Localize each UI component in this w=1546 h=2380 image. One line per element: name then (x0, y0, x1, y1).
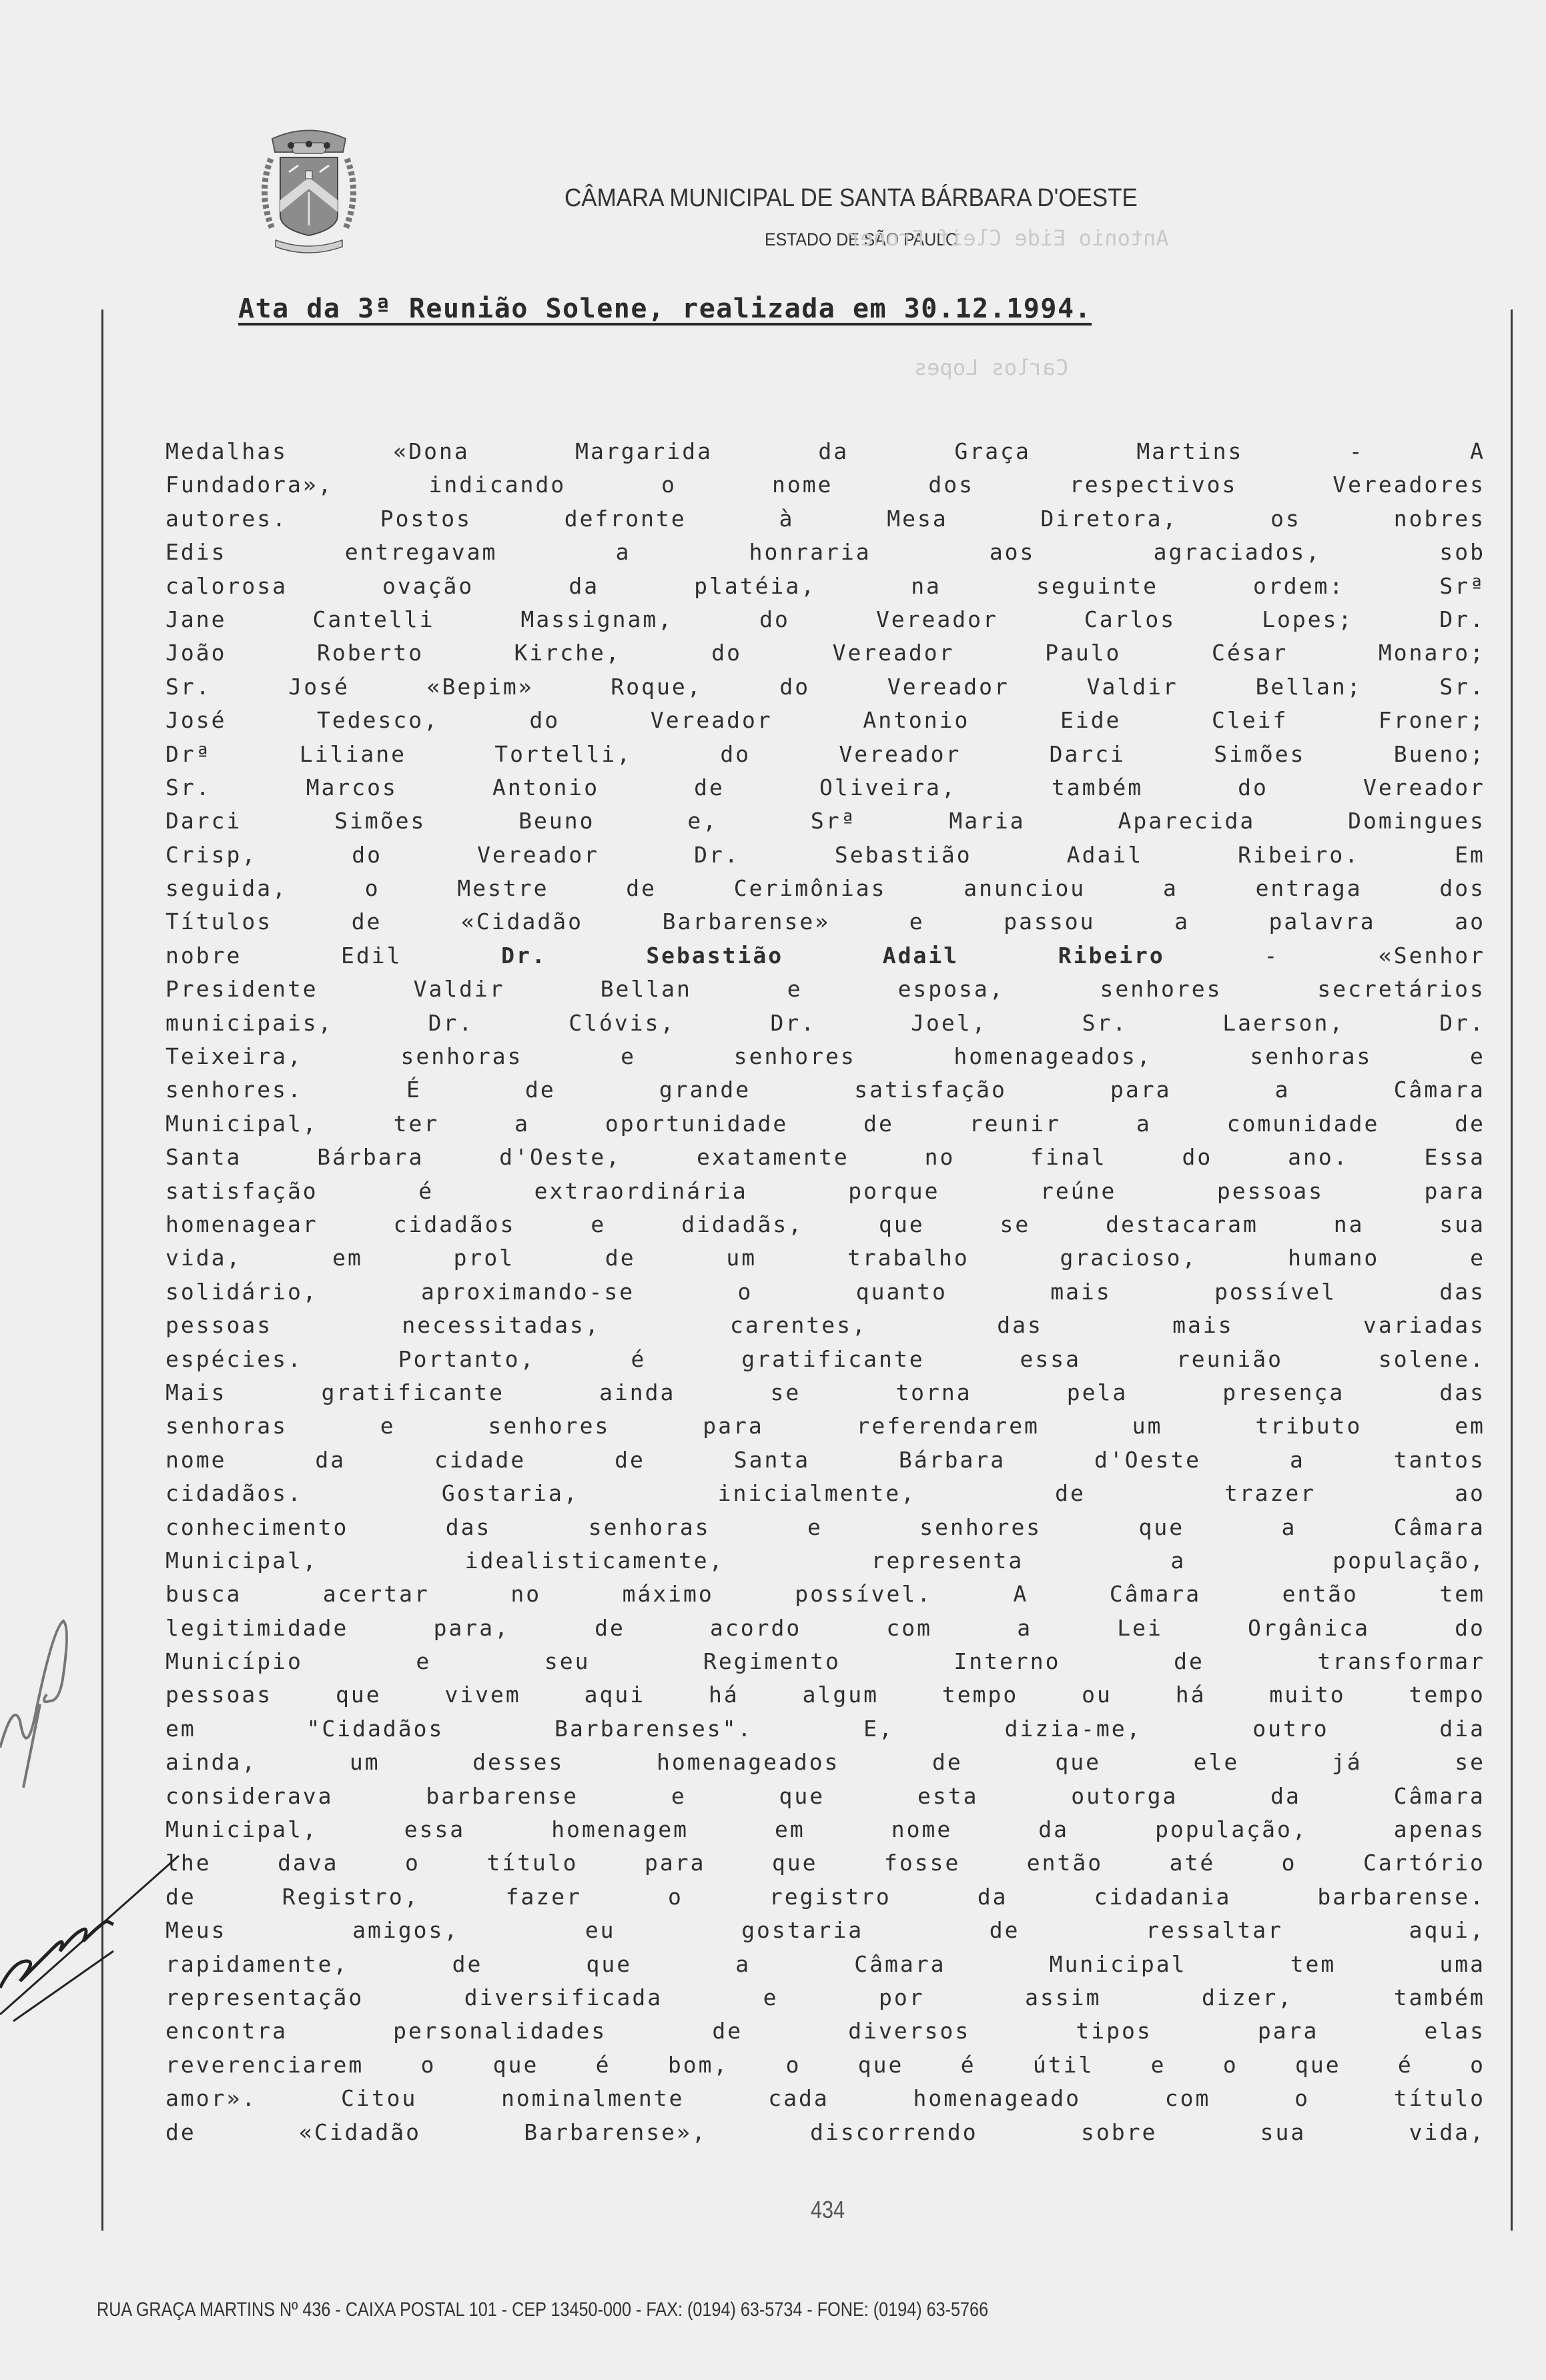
text-line: encontrapersonalidadesdediversostipospar… (165, 2014, 1485, 2048)
text-line: Municipal,essahomenagememnomedapopulação… (165, 1813, 1485, 1846)
text-line: satisfaçãoéextraordináriaporquereúnepess… (165, 1175, 1485, 1208)
text-line: JaneCantelliMassignam,doVereadorCarlosLo… (165, 603, 1485, 636)
minutes-body: Medalhas«DonaMargaridadaGraçaMartins-AFu… (165, 435, 1485, 2149)
text-line: nobreEdilDr.SebastiãoAdailRibeiro-«Senho… (165, 939, 1485, 973)
signature-icon (0, 1588, 227, 2041)
text-line: consideravabarbarenseequeestaoutorgadaCâ… (165, 1780, 1485, 1813)
text-line: conhecimentodassenhorasesenhoresqueaCâma… (165, 1511, 1485, 1544)
text-line: pessoasnecessitadas,carentes,dasmaisvari… (165, 1309, 1485, 1342)
text-line: amor».Citounominalmentecadahomenageadoco… (165, 2082, 1485, 2115)
text-line: cidadãos.Gostaria,inicialmente,detrazera… (165, 1477, 1485, 1510)
text-line: pessoasquevivemaquiháalgumtempoouhámuito… (165, 1678, 1485, 1712)
text-line: Edisentregavamahonrariaaosagraciados,sob (165, 536, 1485, 569)
document-page: CÂMARA MUNICIPAL DE SANTA BÁRBARA D'OEST… (0, 0, 1546, 2380)
text-line: representaçãodiversificadaeporassimdizer… (165, 1981, 1485, 2014)
text-line: em"CidadãosBarbarenses".E,dizia-me,outro… (165, 1712, 1485, 1746)
text-line: deRegistro,fazeroregistrodacidadaniabarb… (165, 1880, 1485, 1914)
text-line: seguida,oMestredeCerimôniasanunciouaentr… (165, 872, 1485, 905)
text-line: Crisp,doVereadorDr.SebastiãoAdailRibeiro… (165, 838, 1485, 872)
text-line: senhorasesenhoresparareferendaremumtribu… (165, 1409, 1485, 1443)
text-line: vida,emproldeumtrabalhogracioso,humanoe (165, 1241, 1485, 1275)
footer-address: RUA GRAÇA MARTINS Nº 436 - CAIXA POSTAL … (97, 2299, 988, 2321)
text-line: MunicípioeseuRegimentoInternodetransform… (165, 1645, 1485, 1678)
text-line: espécies.Portanto,égratificanteessareuni… (165, 1343, 1485, 1376)
text-line: senhores.ÉdegrandesatisfaçãoparaaCâmara (165, 1073, 1485, 1107)
text-line: PresidenteValdirBellaneesposa,senhoresse… (165, 973, 1485, 1006)
text-line: lhedavaotítuloparaquefosseentãoatéoCartó… (165, 1846, 1485, 1880)
text-line: rapidamente,dequeaCâmaraMunicipaltemuma (165, 1948, 1485, 1981)
page-border-right (1511, 310, 1513, 2231)
text-line: SantaBárbarad'Oeste,exatamentenofinaldoa… (165, 1141, 1485, 1174)
text-line: Maisgratificanteaindasetornapelapresença… (165, 1376, 1485, 1409)
text-line: ainda,umdesseshomenageadosdequeelejáse (165, 1746, 1485, 1779)
text-line: calorosaovaçãodaplatéia,naseguinteordem:… (165, 570, 1485, 603)
institution-name: CÂMARA MUNICIPAL DE SANTA BÁRBARA D'OEST… (564, 184, 1138, 213)
coat-of-arms-icon (252, 119, 366, 259)
minutes-title: Ata da 3ª Reunião Solene, realizada em 3… (238, 293, 1092, 324)
text-line: Medalhas«DonaMargaridadaGraçaMartins-A (165, 435, 1485, 468)
text-line: buscaacertarnomáximopossível.ACâmaraentã… (165, 1578, 1485, 1611)
text-line: Sr.MarcosAntoniodeOliveira,tambémdoVerea… (165, 771, 1485, 804)
text-line: nomedacidadedeSantaBárbarad'Oesteatantos (165, 1443, 1485, 1477)
text-line: DarciSimõesBeunoe,SrªMariaAparecidaDomin… (165, 804, 1485, 838)
text-line: municipais,Dr.Clóvis,Dr.Joel,Sr.Laerson,… (165, 1007, 1485, 1040)
text-line: Municipal,idealisticamente,representaapo… (165, 1544, 1485, 1578)
text-line: homenagearcidadãosedidadãs,quesedestacar… (165, 1208, 1485, 1241)
text-line: Títulosde«CidadãoBarbarense»epassouapala… (165, 905, 1485, 939)
text-line: reverenciaremoqueébom,oqueéútileoqueéo (165, 2048, 1485, 2082)
text-line: Municipal,teraoportunidadedereuniracomun… (165, 1107, 1485, 1141)
text-line: de«CidadãoBarbarense»,discorrendosobresu… (165, 2116, 1485, 2149)
text-line: autores.PostosdefronteàMesaDiretora,osno… (165, 502, 1485, 536)
page-number: 434 (811, 2196, 845, 2224)
text-line: JoséTedesco,doVereadorAntonioEideCleifFr… (165, 704, 1485, 737)
text-line: Meusamigos,eugostariaderessaltaraqui, (165, 1914, 1485, 1947)
text-line: DrªLilianeTortelli,doVereadorDarciSimões… (165, 738, 1485, 771)
text-line: Sr.José«Bepim»Roque,doVereadorValdirBell… (165, 670, 1485, 704)
text-line: solidário,aproximando-seoquantomaispossí… (165, 1275, 1485, 1309)
text-line: Teixeira,senhorasesenhoreshomenageados,s… (165, 1040, 1485, 1073)
bleed-through-text: Antonio Eide Cleif Froner (847, 225, 1169, 251)
text-line: legitimidadepara,deacordocomaLeiOrgânica… (165, 1612, 1485, 1645)
bleed-through-text: Carlos Lopes (914, 355, 1068, 380)
text-line: Fundadora»,indicandoonomedosrespectivosV… (165, 468, 1485, 502)
text-line: JoãoRobertoKirche,doVereadorPauloCésarMo… (165, 636, 1485, 670)
